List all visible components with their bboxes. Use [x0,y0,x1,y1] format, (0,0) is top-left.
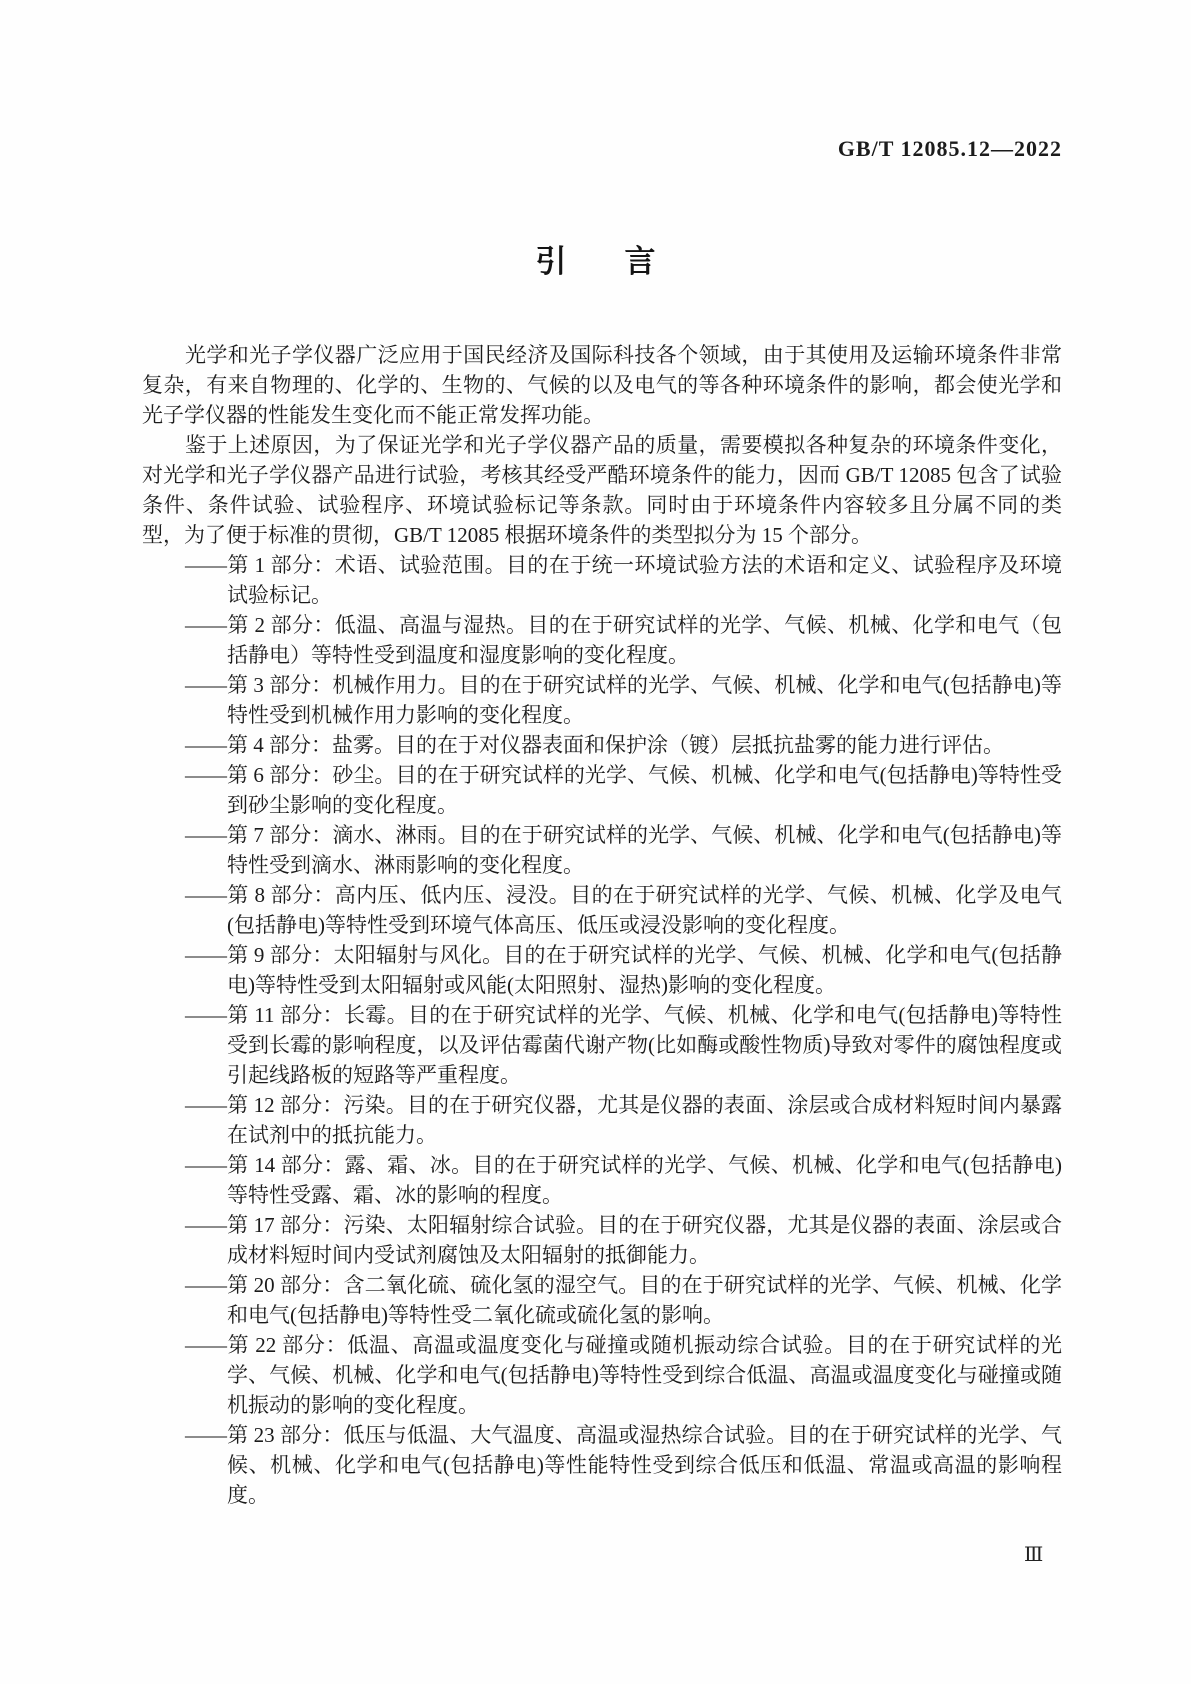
part-item-8: ——第 9 部分：太阳辐射与风化。目的在于研究试样的光学、气候、机械、化学和电气… [142,940,1062,1000]
part-item-1: ——第 1 部分：术语、试验范围。目的在于统一环境试验方法的术语和定义、试验程序… [142,550,1062,610]
part-item-4: ——第 4 部分：盐雾。目的在于对仪器表面和保护涂（镀）层抵抗盐雾的能力进行评估… [142,730,1062,760]
part-item-text: 第 4 部分：盐雾。目的在于对仪器表面和保护涂（镀）层抵抗盐雾的能力进行评估。 [227,733,1004,757]
part-item-12: ——第 17 部分：污染、太阳辐射综合试验。目的在于研究仪器，尤其是仪器的表面、… [142,1210,1062,1270]
part-item-3: ——第 3 部分：机械作用力。目的在于研究试样的光学、气候、机械、化学和电气(包… [142,670,1062,730]
standard-code: GB/T 12085.12—2022 [838,136,1062,162]
part-item-text: 第 12 部分：污染。目的在于研究仪器，尤其是仪器的表面、涂层或合成材料短时间内… [227,1093,1062,1147]
part-item-text: 第 1 部分：术语、试验范围。目的在于统一环境试验方法的术语和定义、试验程序及环… [227,553,1062,607]
part-item-text: 第 7 部分：滴水、淋雨。目的在于研究试样的光学、气候、机械、化学和电气(包括静… [227,823,1062,877]
part-item-2: ——第 2 部分：低温、高温与湿热。目的在于研究试样的光学、气候、机械、化学和电… [142,610,1062,670]
item-dash: —— [185,1003,227,1027]
part-item-text: 第 20 部分：含二氧化硫、硫化氢的湿空气。目的在于研究试样的光学、气候、机械、… [227,1273,1062,1327]
item-dash: —— [185,1153,227,1177]
part-item-15: ——第 23 部分：低压与低温、大气温度、高温或湿热综合试验。目的在于研究试样的… [142,1420,1062,1510]
page-title: 引 言 [0,236,1191,281]
item-dash: —— [185,1423,227,1447]
part-item-text: 第 14 部分：露、霜、冰。目的在于研究试样的光学、气候、机械、化学和电气(包括… [227,1153,1062,1207]
intro-paragraph-2: 鉴于上述原因，为了保证光学和光子学仪器产品的质量，需要模拟各种复杂的环境条件变化… [142,430,1062,550]
item-dash: —— [185,1213,227,1237]
intro-content: 光学和光子学仪器广泛应用于国民经济及国际科技各个领域，由于其使用及运输环境条件非… [142,340,1062,1510]
item-dash: —— [185,883,227,907]
part-item-text: 第 3 部分：机械作用力。目的在于研究试样的光学、气候、机械、化学和电气(包括静… [227,673,1062,727]
part-item-text: 第 8 部分：高内压、低内压、浸没。目的在于研究试样的光学、气候、机械、化学及电… [227,883,1062,937]
part-item-13: ——第 20 部分：含二氧化硫、硫化氢的湿空气。目的在于研究试样的光学、气候、机… [142,1270,1062,1330]
part-item-text: 第 11 部分：长霉。目的在于研究试样的光学、气候、机械、化学和电气(包括静电)… [227,1003,1062,1087]
part-item-text: 第 17 部分：污染、太阳辐射综合试验。目的在于研究仪器，尤其是仪器的表面、涂层… [227,1213,1062,1267]
part-item-text: 第 9 部分：太阳辐射与风化。目的在于研究试样的光学、气候、机械、化学和电气(包… [227,943,1062,997]
part-item-10: ——第 12 部分：污染。目的在于研究仪器，尤其是仪器的表面、涂层或合成材料短时… [142,1090,1062,1150]
page-title-char-2: 言 [625,236,656,281]
part-item-text: 第 6 部分：砂尘。目的在于研究试样的光学、气候、机械、化学和电气(包括静电)等… [227,763,1062,817]
part-item-text: 第 22 部分：低温、高温或温度变化与碰撞或随机振动综合试验。目的在于研究试样的… [227,1333,1062,1417]
part-item-14: ——第 22 部分：低温、高温或温度变化与碰撞或随机振动综合试验。目的在于研究试… [142,1330,1062,1420]
item-dash: —— [185,823,227,847]
page-number: Ⅲ [1024,1542,1043,1566]
item-dash: —— [185,1093,227,1117]
intro-paragraph-1: 光学和光子学仪器广泛应用于国民经济及国际科技各个领域，由于其使用及运输环境条件非… [142,340,1062,430]
document-page: GB/T 12085.12—2022 引 言 光学和光子学仪器广泛应用于国民经济… [0,0,1191,1684]
parts-list: ——第 1 部分：术语、试验范围。目的在于统一环境试验方法的术语和定义、试验程序… [142,550,1062,1510]
item-dash: —— [185,613,227,637]
item-dash: —— [185,673,227,697]
part-item-5: ——第 6 部分：砂尘。目的在于研究试样的光学、气候、机械、化学和电气(包括静电… [142,760,1062,820]
part-item-9: ——第 11 部分：长霉。目的在于研究试样的光学、气候、机械、化学和电气(包括静… [142,1000,1062,1090]
page-title-char-1: 引 [536,236,567,281]
item-dash: —— [185,763,227,787]
item-dash: —— [185,553,227,577]
part-item-7: ——第 8 部分：高内压、低内压、浸没。目的在于研究试样的光学、气候、机械、化学… [142,880,1062,940]
item-dash: —— [185,1273,227,1297]
part-item-text: 第 23 部分：低压与低温、大气温度、高温或湿热综合试验。目的在于研究试样的光学… [227,1423,1062,1507]
part-item-text: 第 2 部分：低温、高温与湿热。目的在于研究试样的光学、气候、机械、化学和电气（… [227,613,1062,667]
item-dash: —— [185,1333,227,1357]
item-dash: —— [185,733,227,757]
item-dash: —— [185,943,227,967]
part-item-6: ——第 7 部分：滴水、淋雨。目的在于研究试样的光学、气候、机械、化学和电气(包… [142,820,1062,880]
part-item-11: ——第 14 部分：露、霜、冰。目的在于研究试样的光学、气候、机械、化学和电气(… [142,1150,1062,1210]
